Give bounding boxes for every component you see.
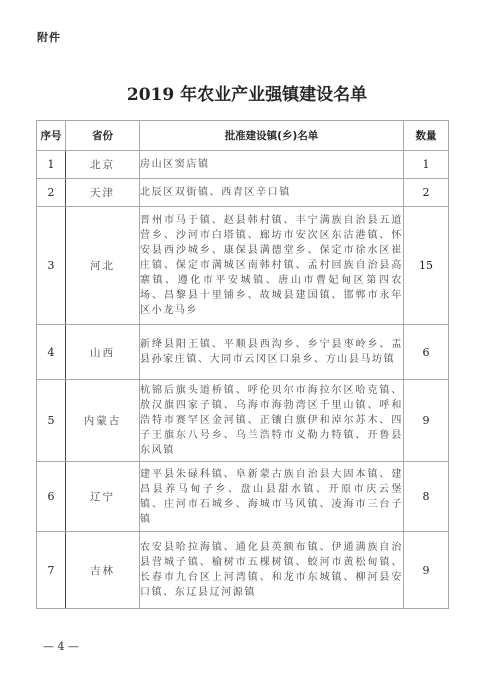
row-towns: 北辰区双街镇、西青区辛口镇 bbox=[140, 179, 404, 207]
row-count: 2 bbox=[404, 179, 449, 207]
row-seq: 4 bbox=[37, 325, 66, 380]
row-count: 9 bbox=[404, 380, 449, 462]
row-seq: 2 bbox=[37, 179, 66, 207]
row-province: 北京 bbox=[66, 151, 140, 179]
row-count: 9 bbox=[404, 532, 449, 609]
table-row: 3 河北 晋州市马于镇、赵县韩村镇、丰宁满族自治县五道营乡、沙河市白塔镇、廊坊市… bbox=[37, 207, 449, 325]
table-row: 7 吉林 农安县哈拉海镇、通化县英额布镇、伊通满族自治县营城子镇、榆树市五棵树镇… bbox=[37, 532, 449, 609]
table-row: 2 天津 北辰区双街镇、西青区辛口镇 2 bbox=[37, 179, 449, 207]
row-towns: 晋州市马于镇、赵县韩村镇、丰宁满族自治县五道营乡、沙河市白塔镇、廊坊市安次区东沽… bbox=[140, 207, 404, 325]
table-row: 4 山西 新绛县阳王镇、平顺县西沟乡、乡宁县枣岭乡、盂县孙家庄镇、大同市云冈区口… bbox=[37, 325, 449, 380]
row-seq: 7 bbox=[37, 532, 66, 609]
row-province: 天津 bbox=[66, 179, 140, 207]
row-seq: 5 bbox=[37, 380, 66, 462]
row-province: 山西 bbox=[66, 325, 140, 380]
row-seq: 3 bbox=[37, 207, 66, 325]
row-count: 8 bbox=[404, 462, 449, 532]
row-province: 辽宁 bbox=[66, 462, 140, 532]
row-towns: 农安县哈拉海镇、通化县英额布镇、伊通满族自治县营城子镇、榆树市五棵树镇、蛟河市黄… bbox=[140, 532, 404, 609]
row-province: 河北 bbox=[66, 207, 140, 325]
column-header-province: 省份 bbox=[66, 121, 140, 151]
row-province: 内蒙古 bbox=[66, 380, 140, 462]
column-header-seq: 序号 bbox=[37, 121, 66, 151]
table-row: 6 辽宁 建平县朱碌科镇、阜新蒙古族自治县大固本镇、建昌县养马甸子乡、盘山县甜水… bbox=[37, 462, 449, 532]
row-count: 6 bbox=[404, 325, 449, 380]
table-row: 5 内蒙古 杭锦后旗头道桥镇、呼伦贝尔市海拉尔区哈克镇、敖汉旗四家子镇、乌海市海… bbox=[37, 380, 449, 462]
row-towns: 建平县朱碌科镇、阜新蒙古族自治县大固本镇、建昌县养马甸子乡、盘山县甜水镇、开原市… bbox=[140, 462, 404, 532]
document-title: 2019 年农业产业强镇建设名单 bbox=[0, 80, 494, 105]
row-count: 1 bbox=[404, 151, 449, 179]
row-seq: 6 bbox=[37, 462, 66, 532]
row-towns: 杭锦后旗头道桥镇、呼伦贝尔市海拉尔区哈克镇、敖汉旗四家子镇、乌海市海勃湾区千里山… bbox=[140, 380, 404, 462]
row-province: 吉林 bbox=[66, 532, 140, 609]
table-header-row: 序号 省份 批准建设镇(乡)名单 数量 bbox=[37, 121, 449, 151]
page-number: — 4 — bbox=[43, 640, 79, 653]
row-towns: 新绛县阳王镇、平顺县西沟乡、乡宁县枣岭乡、盂县孙家庄镇、大同市云冈区口泉乡、方山… bbox=[140, 325, 404, 380]
table-row: 1 北京 房山区窦店镇 1 bbox=[37, 151, 449, 179]
column-header-count: 数量 bbox=[404, 121, 449, 151]
column-header-towns: 批准建设镇(乡)名单 bbox=[140, 121, 404, 151]
attachment-label: 附件 bbox=[37, 29, 61, 45]
town-list-table: 序号 省份 批准建设镇(乡)名单 数量 1 北京 房山区窦店镇 1 2 天津 北… bbox=[36, 120, 449, 609]
row-count: 15 bbox=[404, 207, 449, 325]
row-seq: 1 bbox=[37, 151, 66, 179]
row-towns: 房山区窦店镇 bbox=[140, 151, 404, 179]
